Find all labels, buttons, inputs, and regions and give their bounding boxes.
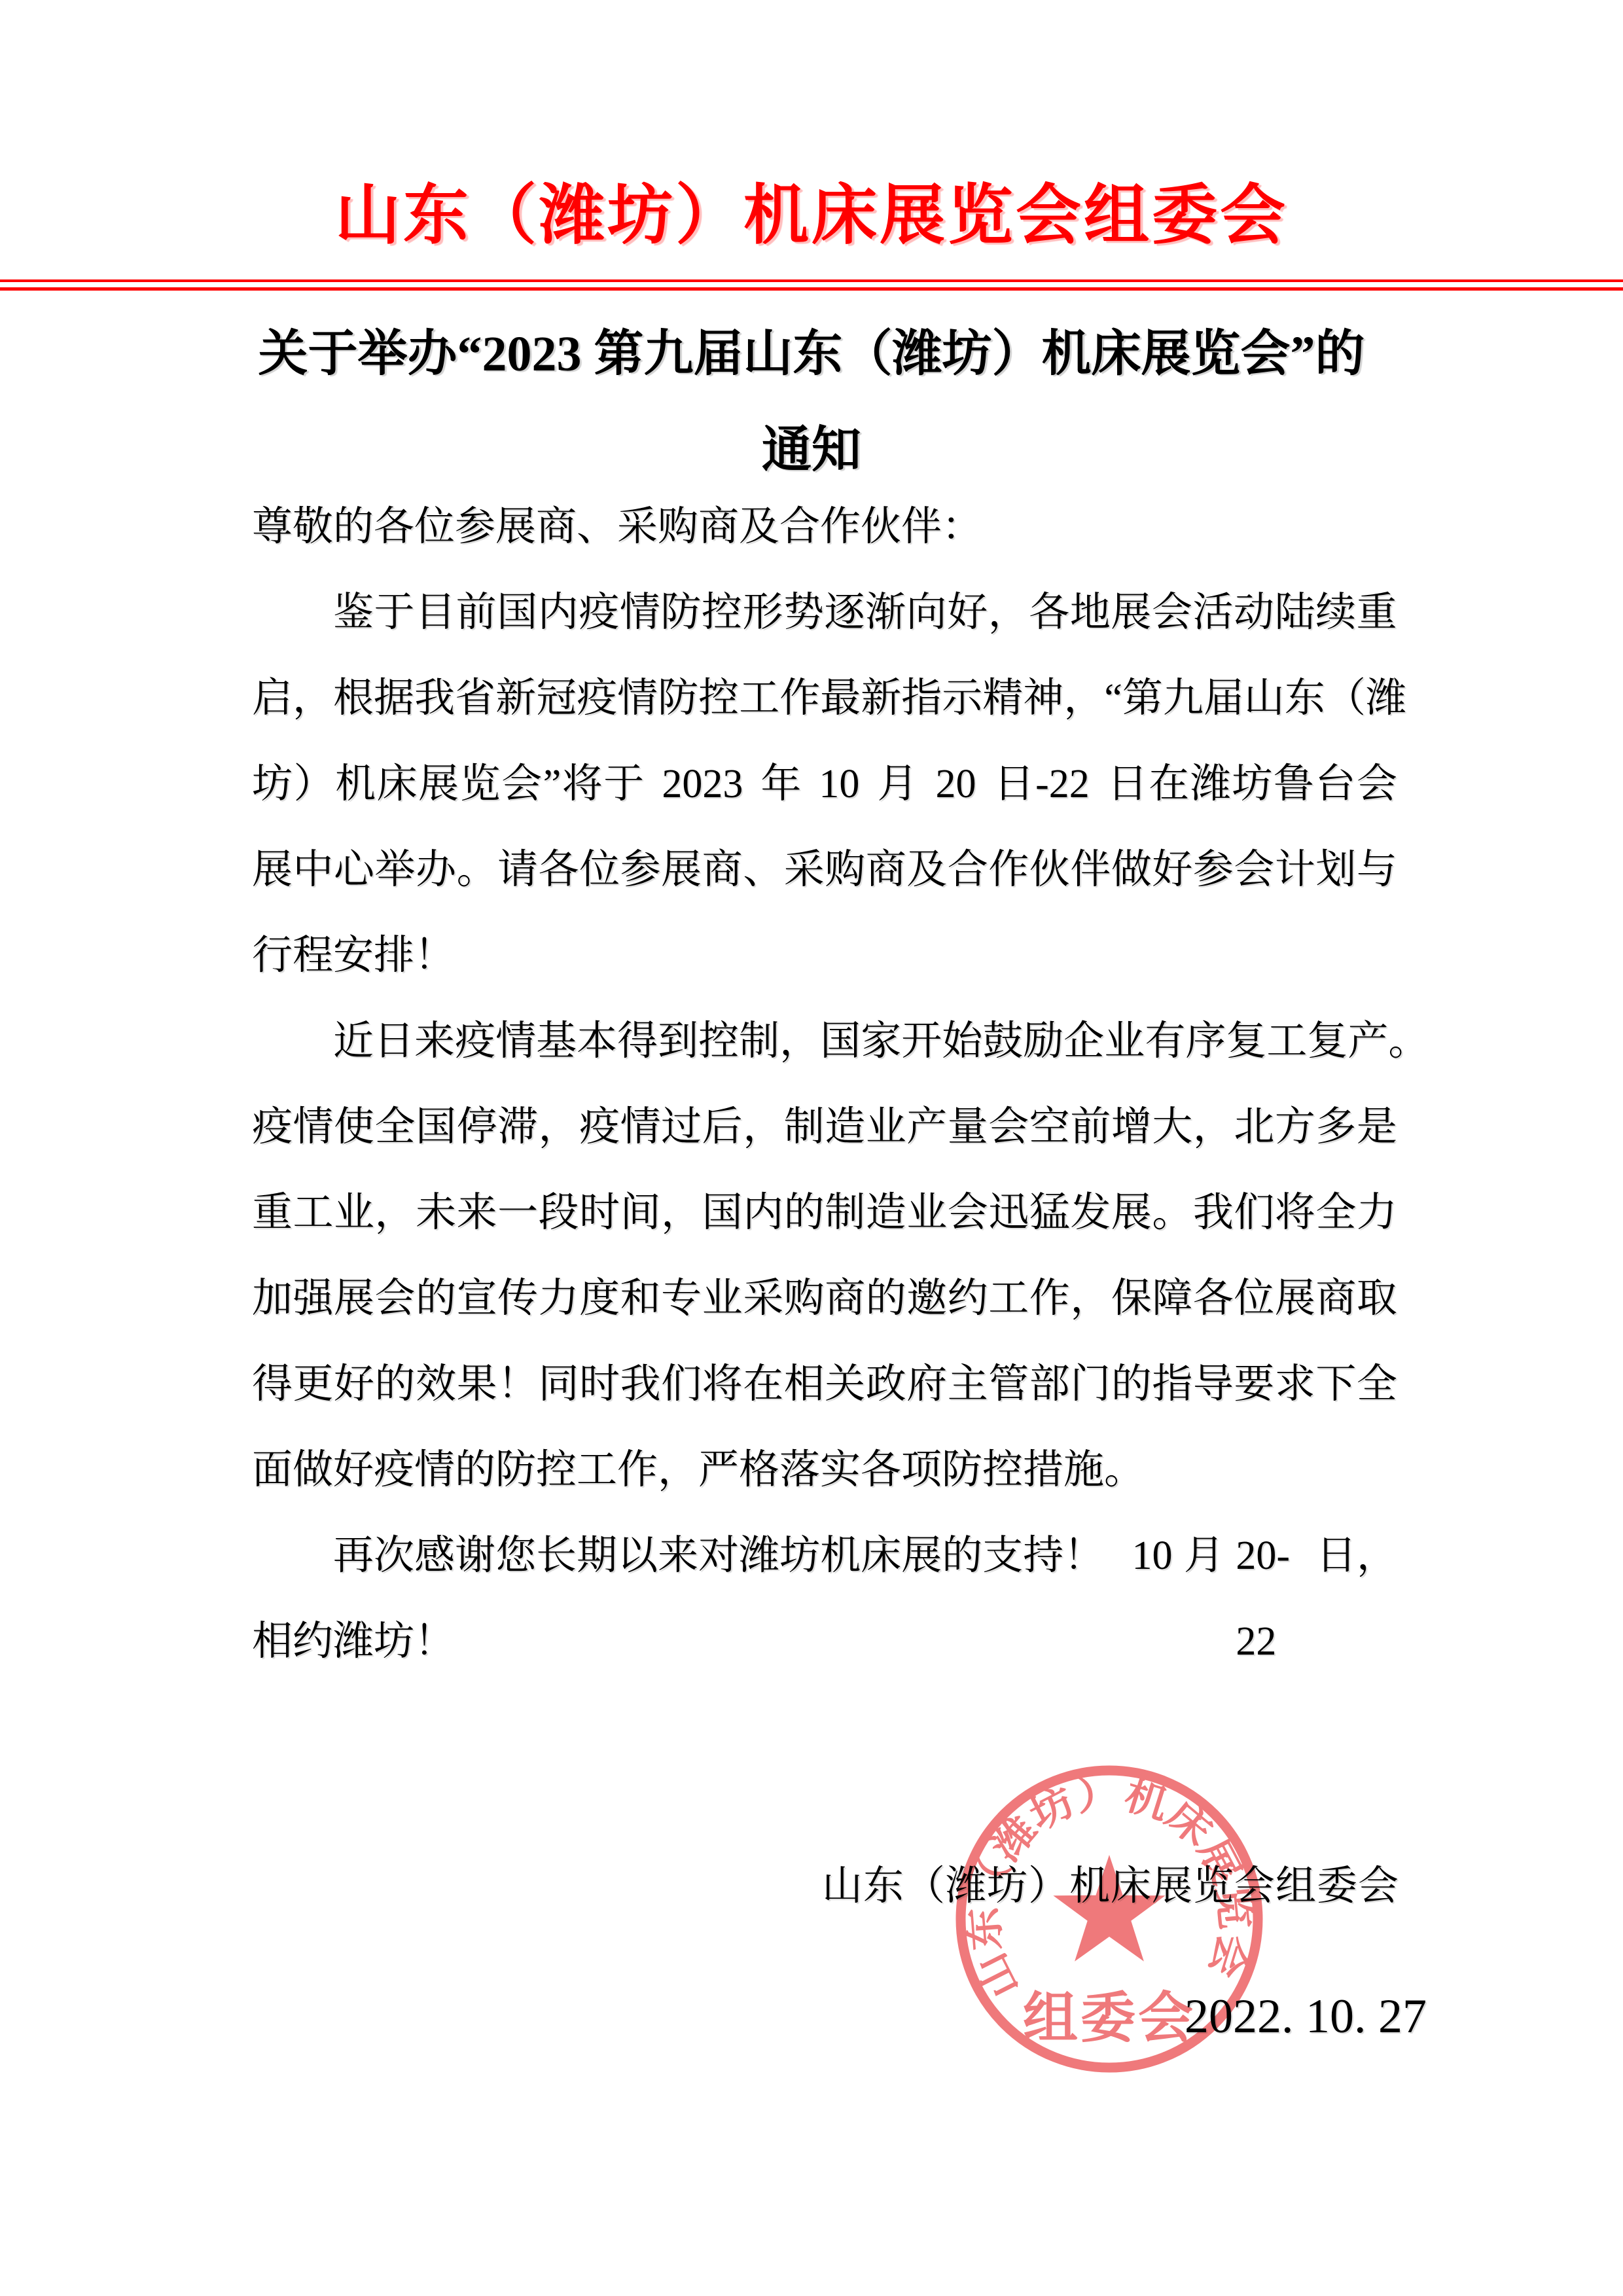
body-line: 尊敬的各位参展商、采购商及合作伙伴： (252, 484, 1397, 570)
notice-heading: 关于举办“2023 第九届山东（潍坊）机床展览会”的 通知 (0, 306, 1623, 499)
stamp-bottom-text: 组委会 (1023, 1988, 1196, 2049)
org-title: 山东（潍坊）机床展览会组委会 (0, 175, 1623, 257)
signature-org: 山东（潍坊）机床展览会组委会 (822, 1860, 1399, 1912)
body-line: 鉴于目前国内疫情防控形势逐渐向好，各地展会活动陆续重 (252, 570, 1397, 656)
body-line: 启，根据我省新冠疫情防控工作最新指示精神，“第九届山东（潍 (252, 656, 1397, 742)
body-line: 行程安排！ (252, 913, 1397, 999)
body-line: 面做好疫情的防控工作，严格落实各项防控措施。 (252, 1427, 1397, 1513)
body-line: 相约潍坊！ (252, 1599, 1397, 1685)
body-line: 得更好的效果！同时我们将在相关政府主管部门的指导要求下全 (252, 1342, 1397, 1427)
body-line: 重工业，未来一段时间，国内的制造业会迅猛发展。我们将全力 (252, 1170, 1397, 1256)
notice-page: 山东（潍坊）机床展览会组委会 关于举办“2023 第九届山东（潍坊）机床展览会”… (0, 0, 1623, 2296)
signature-date: 2022. 10. 27 (1185, 1988, 1427, 2045)
header-rule-bottom (0, 287, 1623, 291)
body-line: 疫情使全国停滞，疫情过后，制造业产量会空前增大，北方多是 (252, 1085, 1397, 1170)
header-rule-top (0, 279, 1623, 282)
body-line: 再次感谢您长期以来对潍坊机床展的支持！10月20-22日， (252, 1513, 1397, 1599)
body-line: 近日来疫情基本得到控制，国家开始鼓励企业有序复工复产。 (252, 999, 1397, 1085)
body-line: 加强展会的宣传力度和专业采购商的邀约工作，保障各位展商取 (252, 1256, 1397, 1342)
notice-heading-line1: 关于举办“2023 第九届山东（潍坊）机床展览会”的 (0, 306, 1623, 403)
body-text: 尊敬的各位参展商、采购商及合作伙伴：鉴于目前国内疫情防控形势逐渐向好，各地展会活… (252, 484, 1397, 1685)
body-line: 坊）机床展览会”将于2023年10月20日-22日在潍坊鲁台会 (252, 742, 1397, 827)
body-line: 展中心举办。请各位参展商、采购商及合作伙伴做好参会计划与 (252, 827, 1397, 913)
